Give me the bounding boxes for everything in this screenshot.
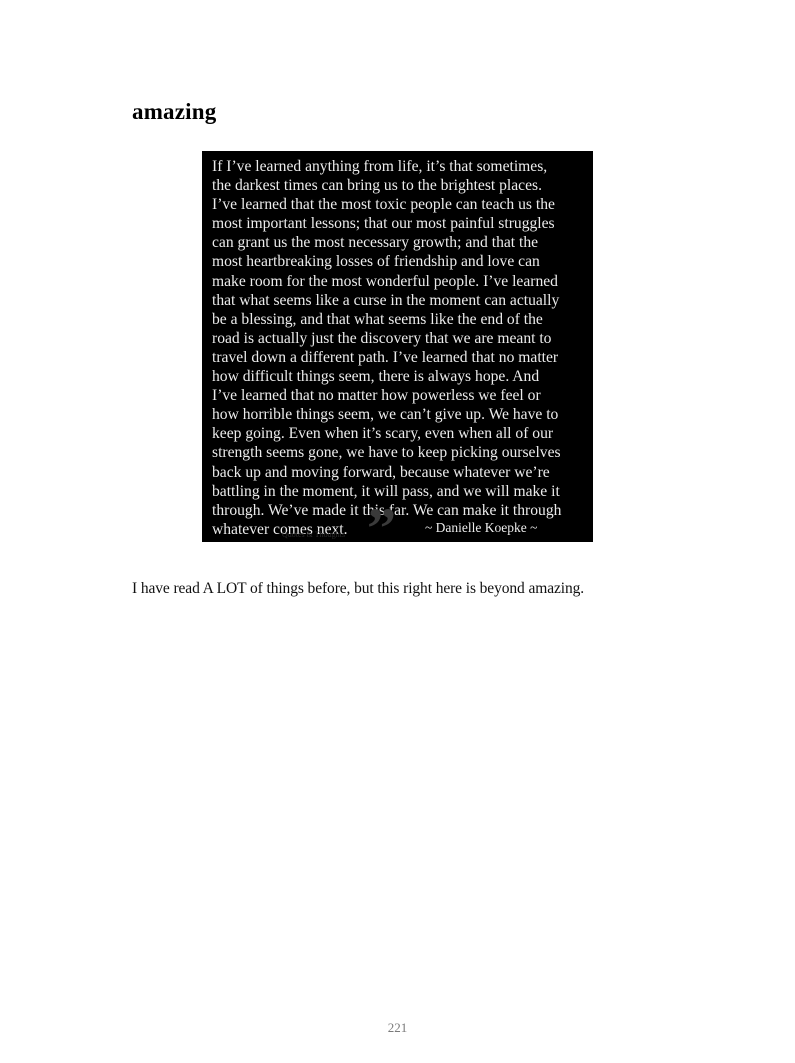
quote-line: most heartbreaking losses of friendship …	[212, 252, 589, 271]
close-quote-icon: ”	[367, 500, 396, 542]
quote-line: road is actually just the discovery that…	[212, 329, 589, 348]
quote-line: that what seems like a curse in the mome…	[212, 291, 589, 310]
page-number: 221	[0, 1020, 795, 1036]
quote-line: make room for the most wonderful people.…	[212, 272, 589, 291]
quote-line: can grant us the most necessary growth; …	[212, 233, 589, 252]
quote-line: through. We’ve made it this far. We can …	[212, 501, 589, 520]
quote-line: the darkest times can bring us to the br…	[212, 176, 589, 195]
watermark-text: Quotes & Thoughts	[282, 530, 345, 539]
quote-line: back up and moving forward, because what…	[212, 463, 589, 482]
quote-line: battling in the moment, it will pass, an…	[212, 482, 589, 501]
quote-line: how horrible things seem, we can’t give …	[212, 405, 589, 424]
post-heading: amazing	[132, 99, 216, 125]
quote-line: keep going. Even when it’s scary, even w…	[212, 424, 589, 443]
quote-line: If I’ve learned anything from life, it’s…	[212, 157, 589, 176]
quote-line: strength seems gone, we have to keep pic…	[212, 443, 589, 462]
document-page: amazing If I’ve learned anything from li…	[0, 0, 795, 1063]
quote-text: If I’ve learned anything from life, it’s…	[212, 157, 589, 539]
quote-line: most important lessons; that our most pa…	[212, 214, 589, 233]
body-paragraph: I have read A LOT of things before, but …	[132, 580, 584, 598]
quote-line: I’ve learned that no matter how powerles…	[212, 386, 589, 405]
quote-line: travel down a different path. I’ve learn…	[212, 348, 589, 367]
quote-image: If I’ve learned anything from life, it’s…	[202, 151, 593, 542]
quote-line: be a blessing, and that what seems like …	[212, 310, 589, 329]
quote-line: I’ve learned that the most toxic people …	[212, 195, 589, 214]
quote-line: how difficult things seem, there is alwa…	[212, 367, 589, 386]
quote-attribution: ~ Danielle Koepke ~	[425, 520, 537, 536]
